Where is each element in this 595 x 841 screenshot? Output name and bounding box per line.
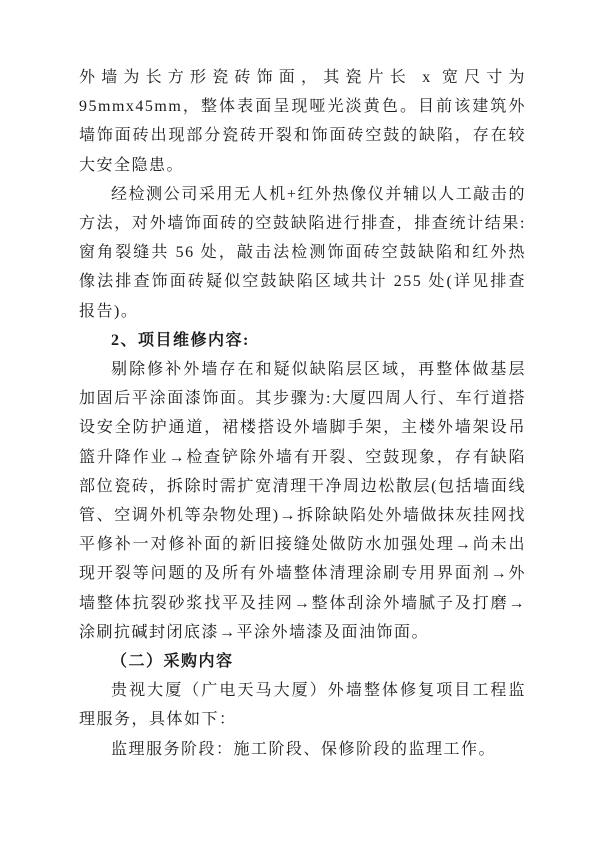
paragraph-supervision-stages: 监理服务阶段：施工阶段、保修阶段的监理工作。 (79, 735, 526, 764)
heading-maintenance-content: 2、项目维修内容: (79, 326, 526, 355)
paragraph-maintenance-steps: 剔除修补外墙存在和疑似缺陷层区域，再整体做基层加固后平涂面漆饰面。其步骤为:大厦… (79, 355, 526, 647)
page-content: 外墙为长方形瓷砖饰面，其瓷片长 x 宽尺寸为 95mmx45mm，整体表面呈现哑… (79, 63, 526, 764)
document-page: 外墙为长方形瓷砖饰面，其瓷片长 x 宽尺寸为 95mmx45mm，整体表面呈现哑… (0, 0, 595, 841)
paragraph-wall-description: 外墙为长方形瓷砖饰面，其瓷片长 x 宽尺寸为 95mmx45mm，整体表面呈现哑… (79, 63, 526, 180)
heading-procurement-content: （二）采购内容 (79, 647, 526, 676)
paragraph-procurement-service: 贵视大厦（广电天马大厦）外墙整体修复项目工程监理服务，具体如下： (79, 676, 526, 734)
paragraph-inspection-results: 经检测公司采用无人机+红外热像仪并辅以人工敲击的方法，对外墙饰面砖的空鼓缺陷进行… (79, 180, 526, 326)
